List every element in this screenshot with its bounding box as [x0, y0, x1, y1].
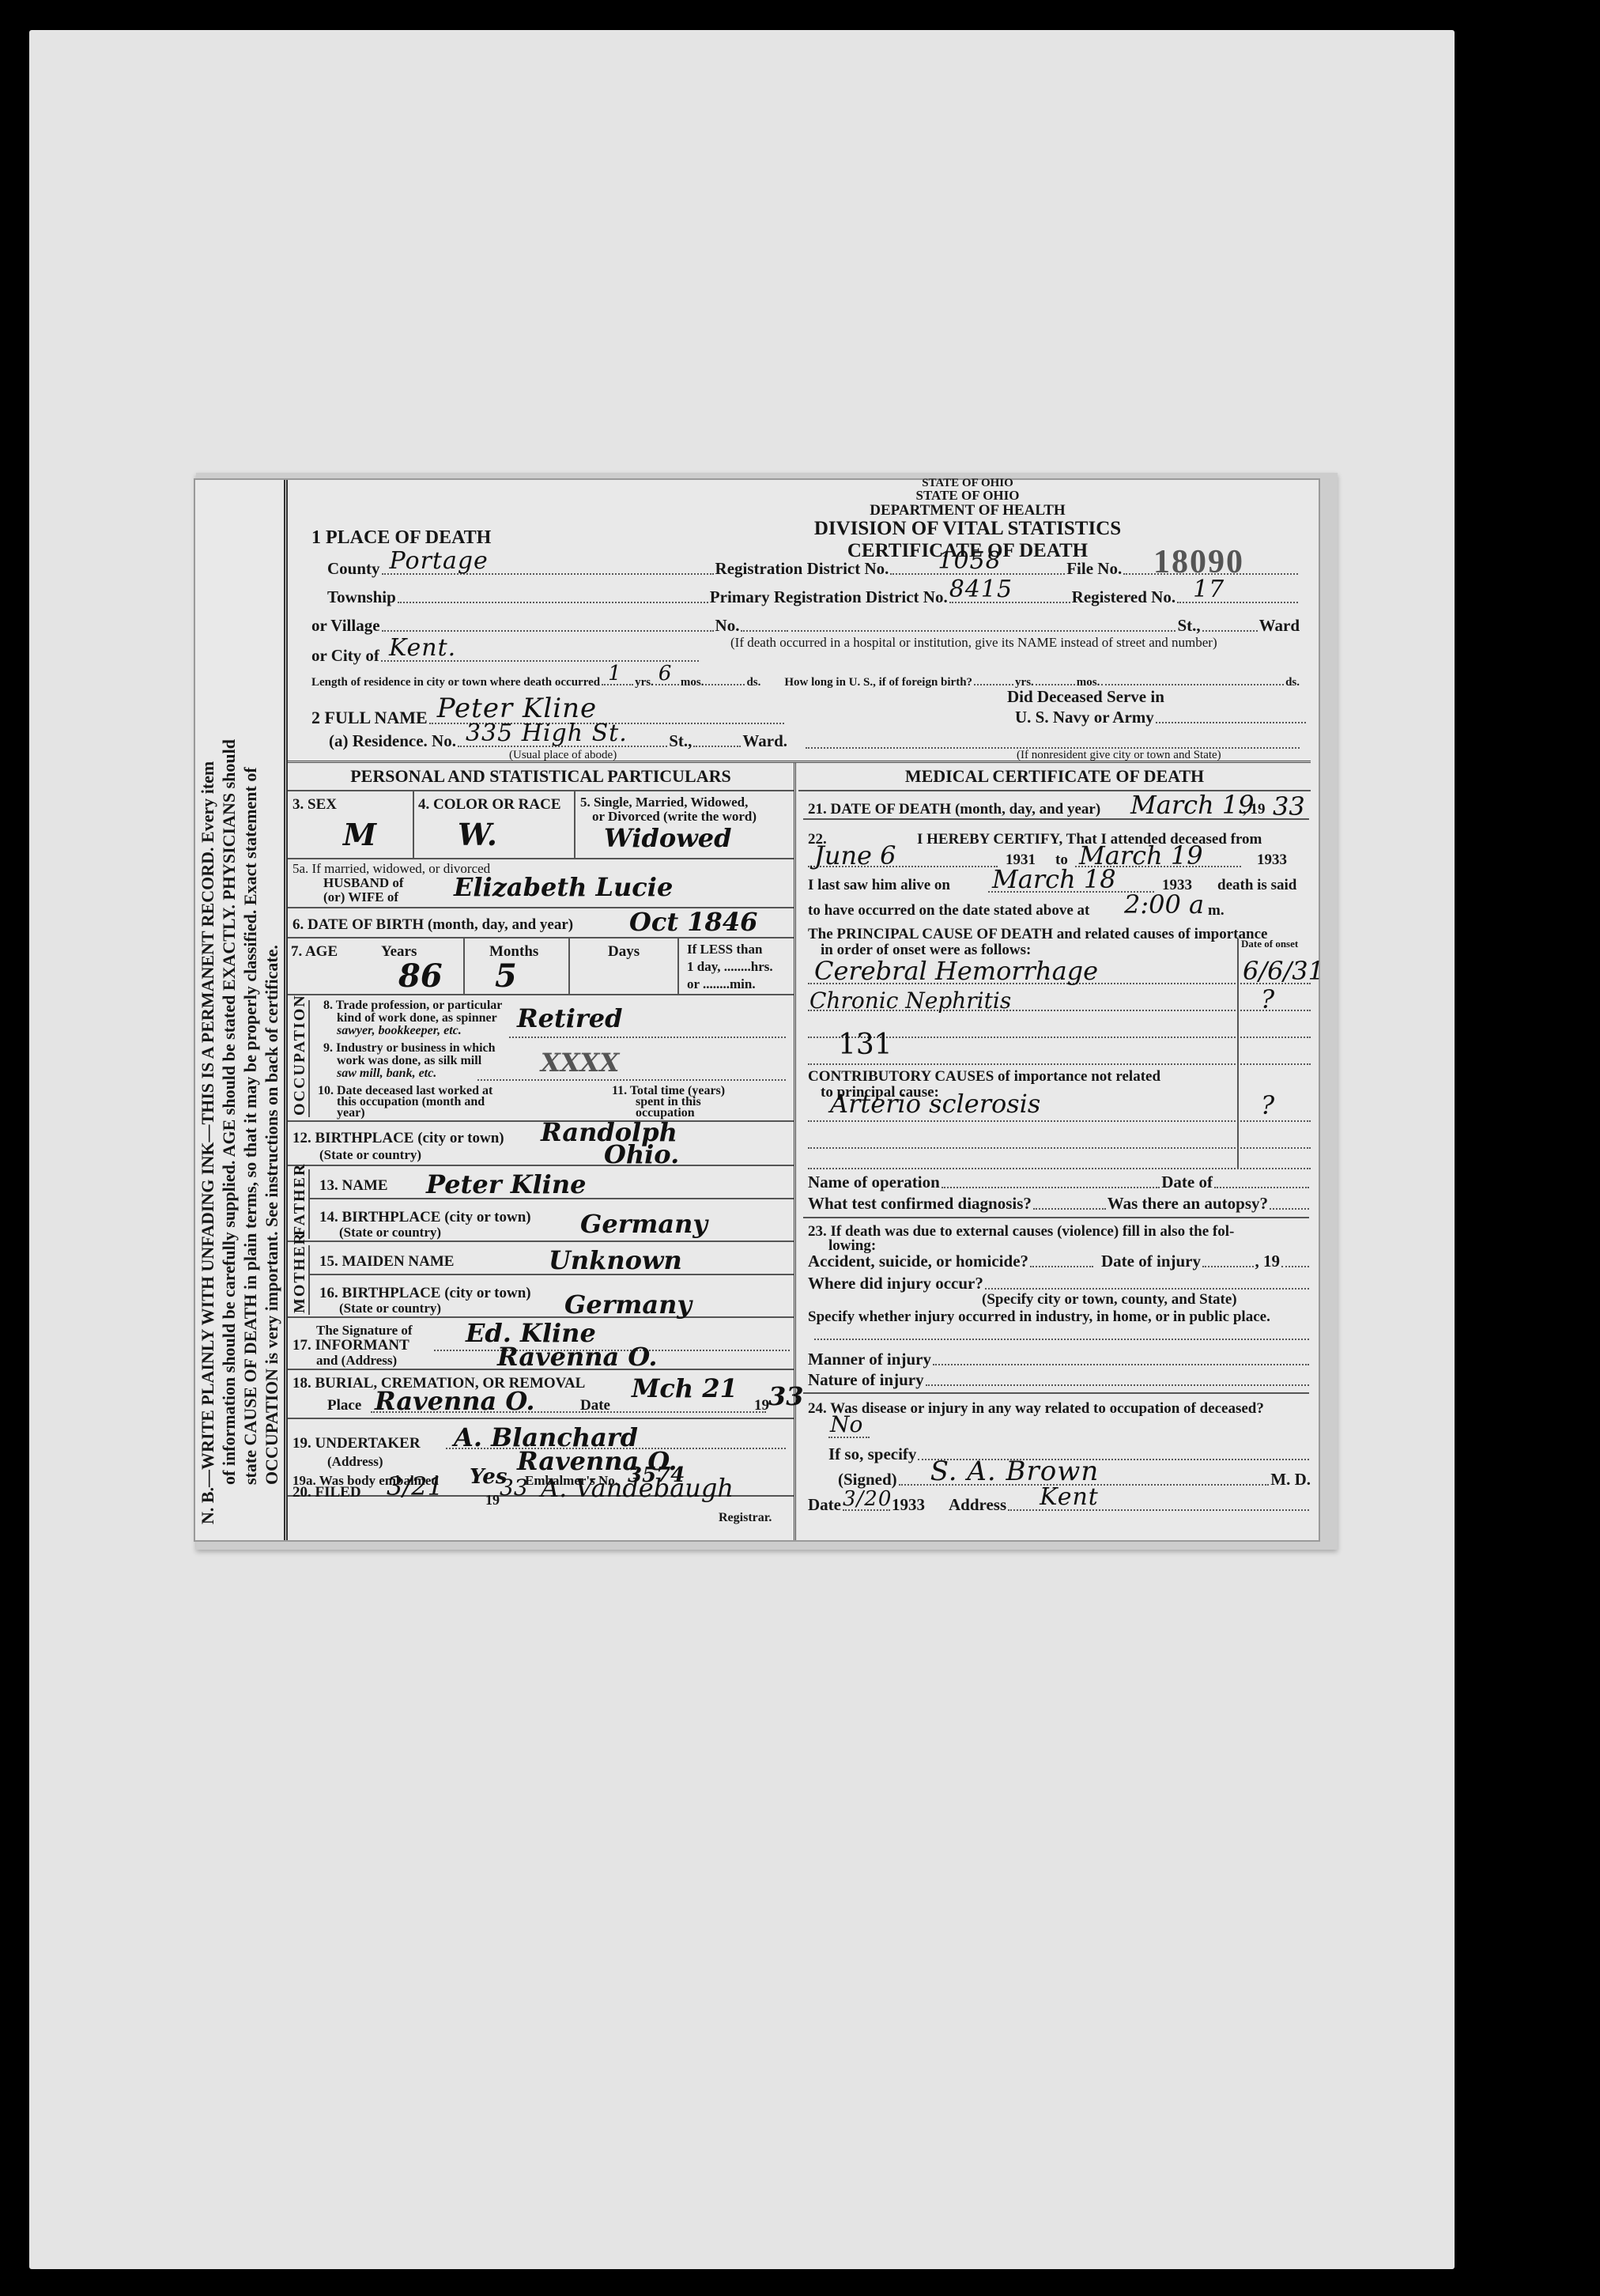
medical-section-title: MEDICAL CERTIFICATE OF DEATH [798, 763, 1311, 791]
birthplace-row: 12. BIRTHPLACE (city or town) (State or … [288, 1122, 794, 1166]
father-block: FATHER 13. NAME Peter Kline 14. BIRTHPLA… [288, 1166, 794, 1242]
residence-months-field[interactable]: 6 [655, 684, 679, 685]
occupation-block: OCCUPATION 8. Trade profession, or parti… [288, 995, 794, 1122]
industry-value[interactable]: XXXX [541, 1048, 619, 1078]
division-title: DIVISION OF VITAL STATISTICS [730, 518, 1205, 540]
age-row: 7. AGE Years 86 Months 5 Days If LESS th… [288, 938, 794, 995]
sign-date-field[interactable]: 3/20 [843, 1509, 890, 1511]
certificate-header: STATE OF OHIO STATE OF OHIO DEPARTMENT O… [288, 480, 1311, 763]
residence-days-field[interactable] [705, 684, 745, 685]
margin-line-3: state CAUSE OF DEATH in plain terms, so … [240, 497, 261, 1524]
sex-race-marital-row: 3. SEX M 4. COLOR OR RACE W. 5. Single, … [288, 791, 794, 859]
margin-line-1: N. B.—WRITE PLAINLY WITH UNFADING INK—TH… [197, 497, 218, 1524]
marital-value[interactable]: Widowed [604, 823, 732, 853]
navy-label-1: Did Deceased Serve in [1007, 687, 1164, 707]
manner-field[interactable] [933, 1364, 1309, 1365]
age-months-value[interactable]: 5 [495, 957, 517, 995]
place-of-death-label: 1 PLACE OF DEATH [311, 527, 491, 549]
operation-field[interactable] [942, 1187, 1160, 1188]
injury-where-field[interactable] [985, 1288, 1309, 1290]
age-years-value[interactable]: 86 [398, 957, 443, 995]
primary-registration-field[interactable]: 8415 [949, 602, 1070, 603]
usual-place-note: (Usual place of abode) [509, 749, 617, 762]
form-body: STATE OF OHIO STATE OF OHIO DEPARTMENT O… [288, 480, 1311, 1540]
father-vertical-label: FATHER [291, 1163, 309, 1236]
accident-field[interactable] [1030, 1266, 1093, 1267]
residence-ward-field[interactable] [693, 746, 741, 747]
navy-row: U. S. Navy or Army [1015, 708, 1308, 727]
mother-maiden-value[interactable]: Unknown [549, 1245, 682, 1275]
operation-row: Name of operation Date of [808, 1173, 1311, 1192]
sex-value[interactable]: M [343, 817, 376, 852]
village-row: or Village No. St., Ward [311, 616, 1300, 636]
ward-field[interactable] [1202, 630, 1258, 632]
file-no-field[interactable] [1123, 573, 1298, 575]
occupation-vertical-label: OCCUPATION [291, 994, 309, 1116]
race-value[interactable]: W. [458, 817, 497, 852]
death-year-value[interactable]: 33 [1273, 791, 1305, 821]
injury-date-field[interactable] [1202, 1266, 1254, 1267]
burial-place-value[interactable]: Ravenna O. [375, 1386, 535, 1416]
us-months-field[interactable] [1036, 684, 1075, 685]
time-of-death-value[interactable]: 2:00 a [1124, 889, 1204, 920]
spouse-row: 5a. If married, widowed, or divorced HUS… [288, 859, 794, 908]
cause-2-value[interactable]: Chronic Nephritis [809, 988, 1011, 1014]
nature-row: Nature of injury [808, 1370, 1311, 1390]
hospital-note: (If death occurred in a hospital or inst… [730, 635, 1217, 651]
last-saw-value[interactable]: March 18 [992, 864, 1116, 894]
operation-date-field[interactable] [1214, 1187, 1309, 1188]
street-no-field[interactable] [741, 630, 788, 632]
state-line-2: STATE OF OHIO [730, 488, 1205, 504]
navy-army-field[interactable] [1156, 722, 1306, 723]
burial-date-value[interactable]: Mch 21 [632, 1373, 738, 1403]
township-row: Township Primary Registration District N… [327, 587, 1300, 607]
contributory-value[interactable]: Arterio sclerosis [830, 1089, 1040, 1119]
manner-row: Manner of injury [808, 1350, 1311, 1369]
trade-value[interactable]: Retired [517, 1003, 622, 1033]
personal-section-title: PERSONAL AND STATISTICAL PARTICULARS [288, 763, 794, 791]
county-row: County Portage Registration District No.… [327, 559, 1300, 579]
cause-1-value[interactable]: Cerebral Hemorrhage [814, 956, 1098, 986]
registrar-label: Registrar. [719, 1511, 772, 1525]
margin-line-4: OCCUPATION is very important. See instru… [261, 497, 282, 1524]
village-field[interactable] [382, 630, 714, 632]
father-name-value[interactable]: Peter Kline [426, 1169, 586, 1199]
injury-location-type-field[interactable] [814, 1339, 1309, 1340]
city-field[interactable]: Kent. [381, 660, 699, 662]
us-years-field[interactable] [974, 684, 1013, 685]
cause-1-onset[interactable]: 6/6/31 [1243, 956, 1324, 986]
personal-particulars-section: PERSONAL AND STATISTICAL PARTICULARS 3. … [288, 763, 796, 1540]
physician-address-field[interactable]: Kent [1008, 1509, 1309, 1511]
margin-instructions: N. B.—WRITE PLAINLY WITH UNFADING INK—TH… [195, 480, 288, 1540]
residence-field[interactable]: 335 High St. [458, 746, 667, 747]
spouse-value[interactable]: Elizabeth Lucie [454, 872, 673, 902]
father-birthplace-value[interactable]: Germany [580, 1209, 708, 1239]
medical-certificate-section: MEDICAL CERTIFICATE OF DEATH 21. DATE OF… [798, 763, 1311, 1540]
death-certificate: N. B.—WRITE PLAINLY WITH UNFADING INK—TH… [194, 478, 1320, 1542]
registered-no-field[interactable]: 17 [1177, 602, 1298, 603]
dob-value[interactable]: Oct 1846 [629, 907, 757, 937]
mark-131: 131 [838, 1029, 892, 1061]
filed-year-value[interactable]: 33 [500, 1475, 528, 1501]
date-of-death-value[interactable]: March 19 [1130, 790, 1255, 820]
mother-vertical-label: MOTHER [291, 1232, 309, 1313]
informant-row: The Signature of 17. INFORMANT and (Addr… [288, 1318, 794, 1370]
birthplace-state-value[interactable]: Ohio. [604, 1139, 679, 1169]
occupation-related-value[interactable]: No [830, 1411, 862, 1437]
margin-line-2: of information should be carefully suppl… [218, 497, 240, 1524]
registrar-signature[interactable]: A. Vandebaugh [541, 1473, 734, 1503]
accident-row: Accident, suicide, or homicide? Date of … [808, 1252, 1311, 1271]
mother-birthplace-value[interactable]: Germany [564, 1290, 692, 1320]
autopsy-field[interactable] [1270, 1208, 1309, 1210]
injury-year-field[interactable] [1281, 1266, 1309, 1267]
township-field[interactable] [398, 602, 708, 603]
filed-date-value[interactable]: 3/21 [387, 1471, 443, 1501]
mother-block: MOTHER 15. MAIDEN NAME Unknown 16. BIRTH… [288, 1242, 794, 1318]
burial-row: 18. BURIAL, CREMATION, OR REMOVAL Place … [288, 1370, 794, 1419]
department: DEPARTMENT OF HEALTH [730, 502, 1205, 519]
us-days-field[interactable] [1101, 684, 1284, 685]
residence-years-field[interactable]: 1 [602, 684, 633, 685]
cause-2-onset[interactable]: ? [1261, 984, 1274, 1014]
county-field[interactable]: Portage [382, 573, 714, 575]
diagnosis-row: What test confirmed diagnosis? Was there… [808, 1194, 1311, 1214]
contributory-onset[interactable]: ? [1261, 1090, 1274, 1120]
diagnosis-test-field[interactable] [1033, 1208, 1106, 1210]
sign-date-row: Date 3/20 1933 Address Kent [808, 1495, 1311, 1515]
informant-address-value[interactable]: Ravenna O. [497, 1342, 658, 1372]
city-row: or City of Kent. [311, 646, 700, 666]
nonresident-note: (If nonresident give city or town and St… [1017, 749, 1221, 762]
nature-field[interactable] [926, 1384, 1309, 1386]
attended-from-value[interactable]: June 6 [814, 840, 896, 870]
street-field[interactable] [791, 630, 1175, 632]
registration-district-field[interactable]: 1058 [890, 573, 1065, 575]
dob-row: 6. DATE OF BIRTH (month, day, and year) … [288, 908, 794, 938]
